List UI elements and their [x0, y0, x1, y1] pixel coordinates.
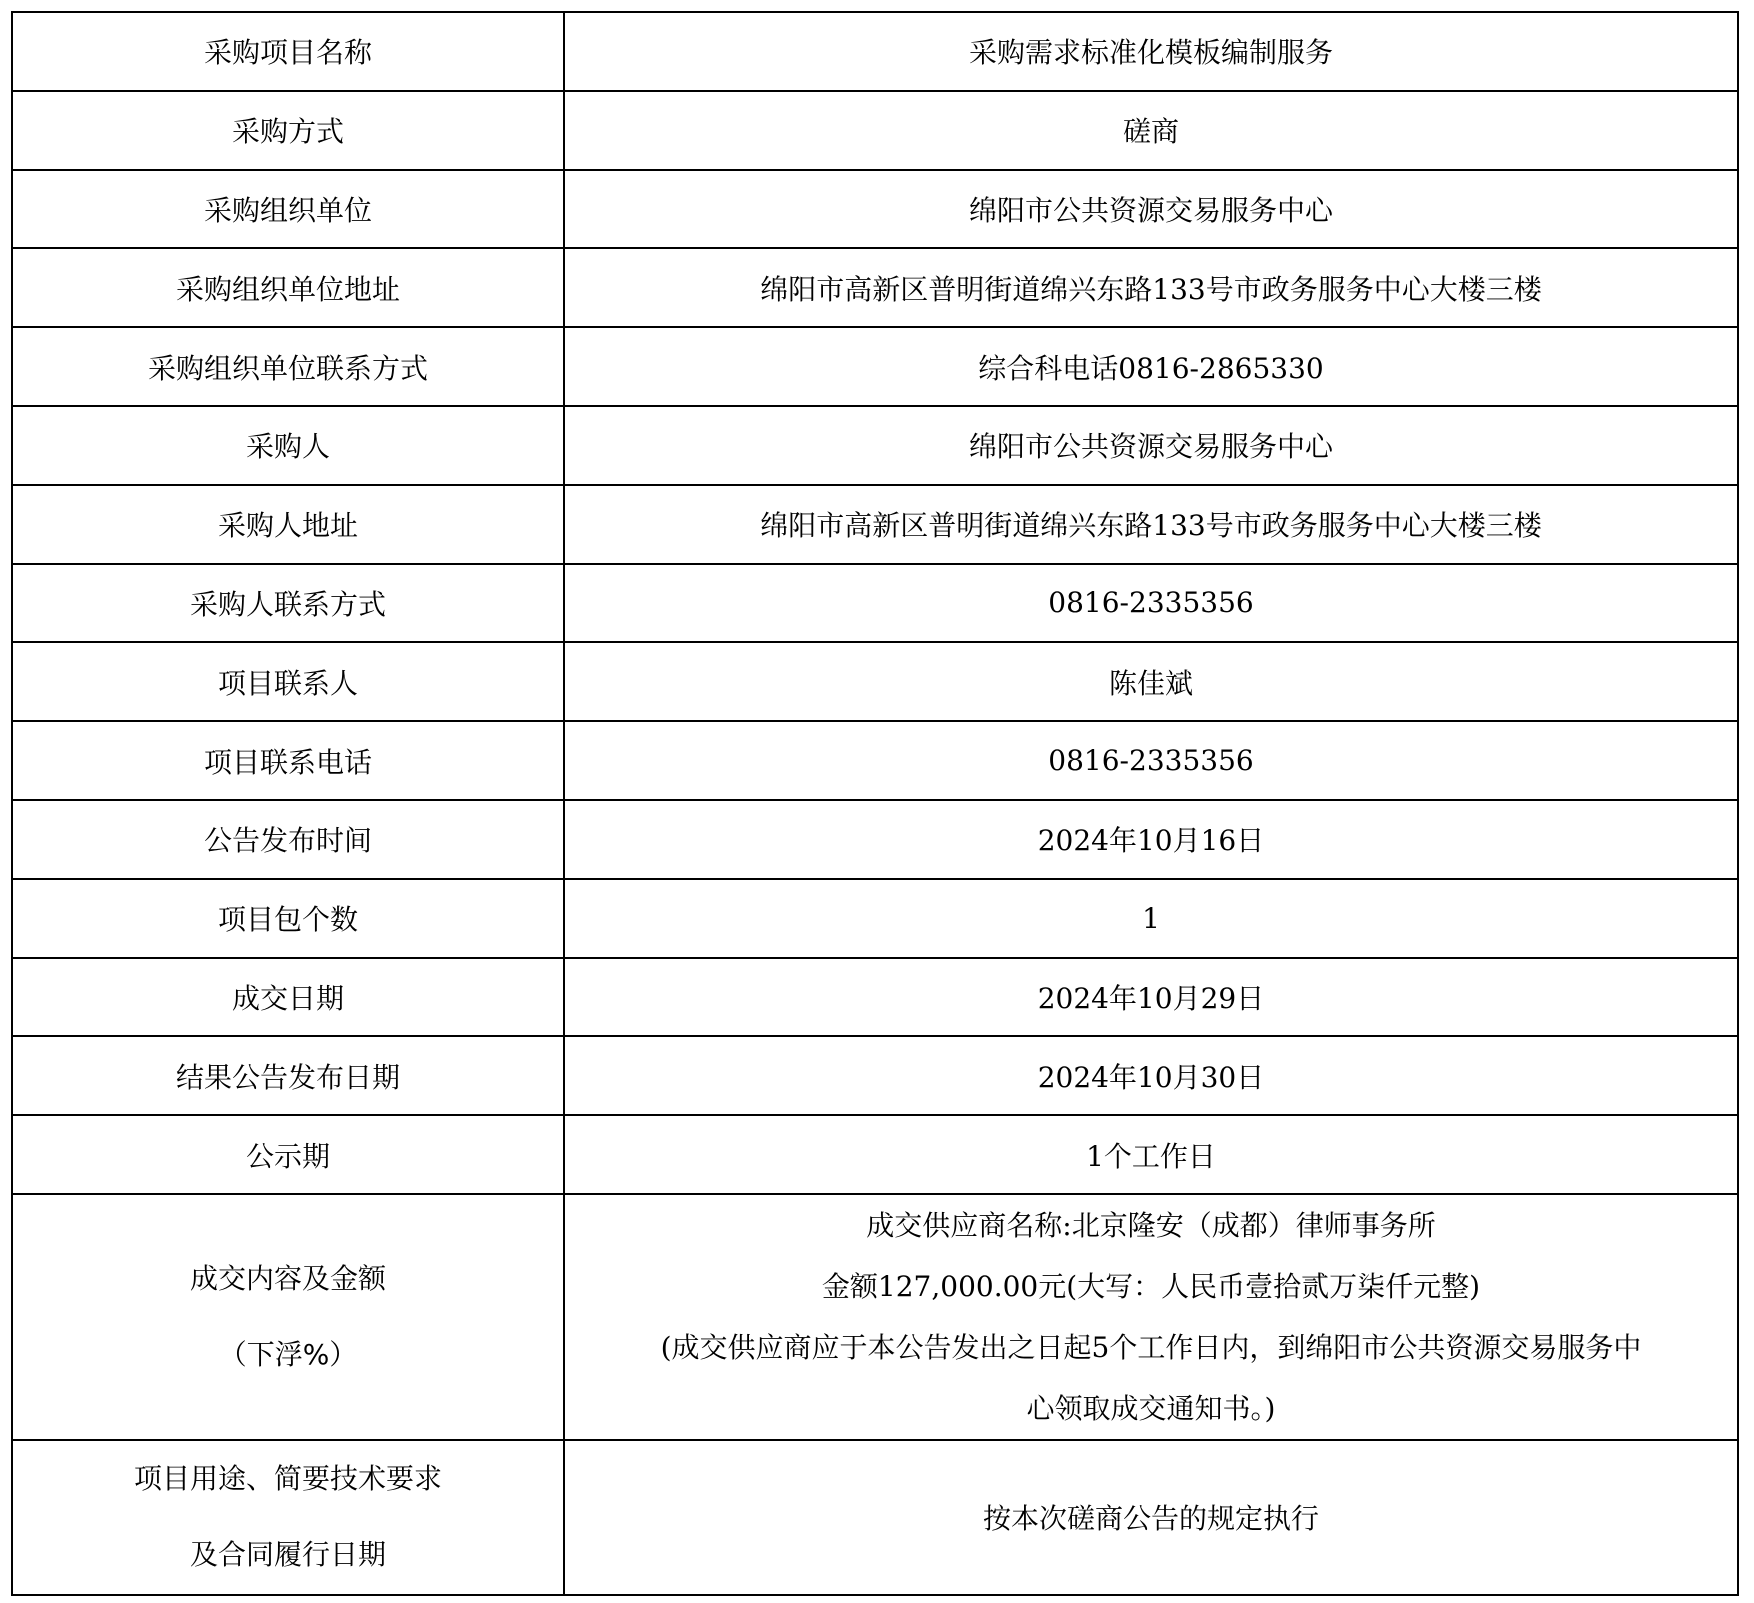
- procurement-result-table: 采购项目名称 采购需求标准化模板编制服务 采购方式 磋商 采购组织单位 绵阳市公…: [11, 11, 1739, 1596]
- label-organizer-contact: 采购组织单位联系方式: [12, 327, 564, 406]
- label-purchaser-contact: 采购人联系方式: [12, 564, 564, 643]
- value-organizer-address: 绵阳市高新区普明街道绵兴东路133号市政务服务中心大楼三楼: [564, 248, 1738, 327]
- label-deal-date: 成交日期: [12, 958, 564, 1037]
- label-project-contact-phone: 项目联系电话: [12, 721, 564, 800]
- value-package-count: 1: [564, 879, 1738, 958]
- value-purchaser-contact: 0816-2335356: [564, 564, 1738, 643]
- deal-note: (成交供应商应于本公告发出之日起5个工作日内，到绵阳市公共资源交易服务中: [581, 1317, 1721, 1378]
- label-announcement-date: 公告发布时间: [12, 800, 564, 879]
- row-procurement-method: 采购方式 磋商: [12, 91, 1738, 170]
- value-purchaser-address: 绵阳市高新区普明街道绵兴东路133号市政务服务中心大楼三楼: [564, 485, 1738, 564]
- row-deal-content: 成交内容及金额 （下浮%） 成交供应商名称:北京隆安（成都）律师事务所 金额12…: [12, 1194, 1738, 1440]
- label-project-usage-line: 项目用途、简要技术要求: [29, 1441, 547, 1517]
- value-deal-content: 成交供应商名称:北京隆安（成都）律师事务所 金额127,000.00元(大写：人…: [564, 1194, 1738, 1440]
- label-organizer-address: 采购组织单位地址: [12, 248, 564, 327]
- label-purchaser: 采购人: [12, 406, 564, 485]
- row-organizer-contact: 采购组织单位联系方式 综合科电话0816-2865330: [12, 327, 1738, 406]
- row-purchaser-address: 采购人地址 绵阳市高新区普明街道绵兴东路133号市政务服务中心大楼三楼: [12, 485, 1738, 564]
- row-publicity-period: 公示期 1个工作日: [12, 1115, 1738, 1194]
- deal-note-cont: 心领取成交通知书。): [581, 1378, 1721, 1439]
- value-project-name: 采购需求标准化模板编制服务: [564, 12, 1738, 91]
- label-publicity-period: 公示期: [12, 1115, 564, 1194]
- value-project-contact-phone: 0816-2335356: [564, 721, 1738, 800]
- row-project-contact-phone: 项目联系电话 0816-2335356: [12, 721, 1738, 800]
- value-procurement-method: 磋商: [564, 91, 1738, 170]
- label-project-usage-line: 及合同履行日期: [29, 1517, 547, 1593]
- label-result-date: 结果公告发布日期: [12, 1036, 564, 1115]
- value-publicity-period: 1个工作日: [564, 1115, 1738, 1194]
- row-purchaser: 采购人 绵阳市公共资源交易服务中心: [12, 406, 1738, 485]
- value-organizer-contact: 综合科电话0816-2865330: [564, 327, 1738, 406]
- label-purchaser-address: 采购人地址: [12, 485, 564, 564]
- label-organizer: 采购组织单位: [12, 170, 564, 249]
- label-project-name: 采购项目名称: [12, 12, 564, 91]
- value-organizer: 绵阳市公共资源交易服务中心: [564, 170, 1738, 249]
- label-deal-content: 成交内容及金额 （下浮%）: [12, 1194, 564, 1440]
- row-result-date: 结果公告发布日期 2024年10月30日: [12, 1036, 1738, 1115]
- label-project-usage: 项目用途、简要技术要求 及合同履行日期: [12, 1440, 564, 1595]
- row-organizer-address: 采购组织单位地址 绵阳市高新区普明街道绵兴东路133号市政务服务中心大楼三楼: [12, 248, 1738, 327]
- deal-amount: 金额127,000.00元(大写：人民币壹拾贰万柒仟元整): [581, 1256, 1721, 1317]
- value-announcement-date: 2024年10月16日: [564, 800, 1738, 879]
- value-deal-date: 2024年10月29日: [564, 958, 1738, 1037]
- value-purchaser: 绵阳市公共资源交易服务中心: [564, 406, 1738, 485]
- label-deal-content-line: （下浮%）: [29, 1317, 547, 1393]
- row-organizer: 采购组织单位 绵阳市公共资源交易服务中心: [12, 170, 1738, 249]
- label-deal-content-line: 成交内容及金额: [29, 1241, 547, 1317]
- row-announcement-date: 公告发布时间 2024年10月16日: [12, 800, 1738, 879]
- row-project-name: 采购项目名称 采购需求标准化模板编制服务: [12, 12, 1738, 91]
- label-package-count: 项目包个数: [12, 879, 564, 958]
- row-project-contact-person: 项目联系人 陈佳斌: [12, 642, 1738, 721]
- row-purchaser-contact: 采购人联系方式 0816-2335356: [12, 564, 1738, 643]
- value-project-usage: 按本次磋商公告的规定执行: [564, 1440, 1738, 1595]
- row-project-usage: 项目用途、简要技术要求 及合同履行日期 按本次磋商公告的规定执行: [12, 1440, 1738, 1595]
- label-procurement-method: 采购方式: [12, 91, 564, 170]
- row-deal-date: 成交日期 2024年10月29日: [12, 958, 1738, 1037]
- value-project-contact-person: 陈佳斌: [564, 642, 1738, 721]
- row-package-count: 项目包个数 1: [12, 879, 1738, 958]
- value-result-date: 2024年10月30日: [564, 1036, 1738, 1115]
- deal-supplier-name: 成交供应商名称:北京隆安（成都）律师事务所: [581, 1195, 1721, 1256]
- label-project-contact-person: 项目联系人: [12, 642, 564, 721]
